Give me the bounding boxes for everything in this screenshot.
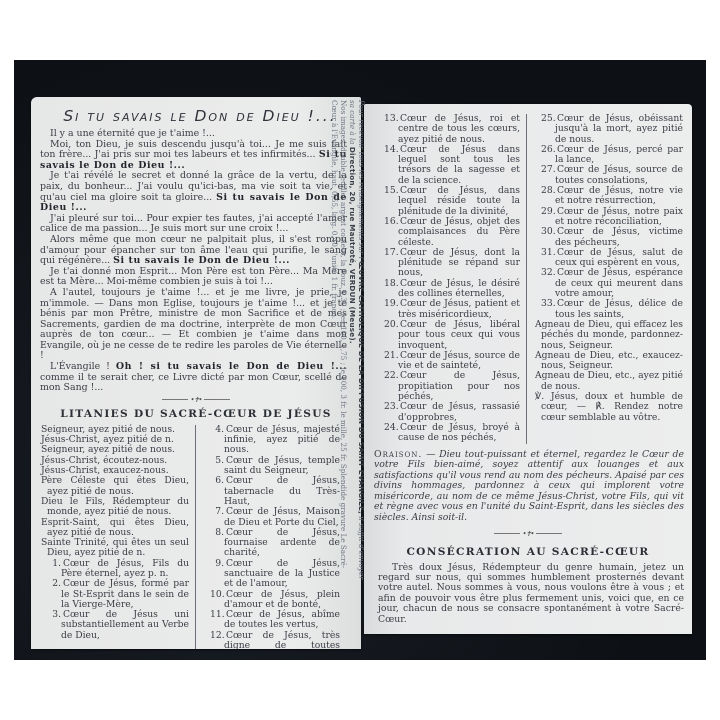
litanies-columns: Seigneur, ayez pitié de nous. Jésus-Chri… bbox=[39, 425, 355, 649]
refrain: Oh ! si tu savais le Don de Dieu !... bbox=[116, 361, 347, 372]
litanies-column-3: 13.Cœur de Jésus, roi et centre de tous … bbox=[376, 114, 520, 444]
item-text: Cœur de Jésus, salut de ceux qui espèren… bbox=[555, 247, 683, 268]
litany-item: 19.Cœur de Jésus, patient et très miséri… bbox=[376, 299, 520, 320]
spine-italic: sa carte à la bbox=[348, 100, 357, 147]
litany-item: 22.Cœur de Jésus, propitiation pour nos … bbox=[376, 371, 520, 402]
litany-item: 20.Cœur de Jésus, libéral pour tous ceux… bbox=[376, 320, 520, 351]
litany-item: 15.Cœur de Jésus, dans lequel réside tou… bbox=[376, 186, 520, 217]
litany-item: 30.Cœur de Jésus, victime des pécheurs, bbox=[533, 227, 683, 248]
litanies-heading: LITANIES DU SACRÉ-CŒUR DE JÉSUS bbox=[31, 408, 361, 420]
item-text: Cœur de Jésus, majesté infinie, ayez pit… bbox=[224, 424, 340, 456]
ornament-divider: •✝• bbox=[364, 530, 692, 538]
prose-block: Il y a une éternité que je t'aime !... M… bbox=[40, 129, 347, 394]
column-rule bbox=[195, 425, 196, 649]
ornament-divider: •✝• bbox=[31, 396, 361, 404]
litany-item: 25.Cœur de Jésus, obéissant jusqu'à la m… bbox=[533, 114, 683, 145]
paragraph: L'Évangile ! Oh ! si tu savais le Don de… bbox=[40, 362, 347, 394]
paragraph-text: Moi, ton Dieu, je suis descendu jusqu'à … bbox=[40, 139, 347, 161]
agnus-dei-line: Agneau de Dieu, qui effacez les péchés d… bbox=[533, 320, 683, 351]
item-text: Cœur de Jésus, Maison de Dieu et Porte d… bbox=[224, 506, 340, 527]
item-text: Cœur de Jésus, formé par le St-Esprit da… bbox=[61, 578, 189, 610]
item-text: Cœur de Jésus, fournaise ardente de char… bbox=[224, 527, 340, 559]
item-text: Cœur de Jésus, obéissant jusqu'à la mort… bbox=[555, 113, 683, 145]
paragraph: Alors même que mon cœur ne palpitait plu… bbox=[40, 235, 347, 267]
consecration-heading: CONSÉCRATION AU SACRÉ-CŒUR bbox=[364, 546, 692, 558]
page-title: Si tu savais le Don de Dieu !... bbox=[39, 107, 361, 125]
litany-item: 12.Cœur de Jésus, très digne de toutes l… bbox=[202, 631, 340, 649]
litany-item: 17.Cœur de Jésus, dont la plénitude se r… bbox=[376, 248, 520, 279]
spine-text: Pour recevoir tous les renseignements su… bbox=[330, 100, 366, 645]
cross-ornament-icon: •✝• bbox=[190, 396, 201, 404]
litany-item: 24.Cœur de Jésus, broyé à cause de nos p… bbox=[376, 423, 520, 444]
paragraph: Je t'ai révélé le secret et donné la grâ… bbox=[40, 171, 347, 213]
litany-item: 2.Cœur de Jésus, formé par le St-Esprit … bbox=[39, 579, 189, 610]
paragraph-text: Il y a une éternité que je t'aime !... bbox=[50, 128, 215, 139]
item-text: Cœur de Jésus, source de toutes consolat… bbox=[555, 164, 683, 185]
item-text: Cœur de Jésus uni substantiellement au V… bbox=[61, 609, 189, 641]
item-text: Cœur de Jésus, propitiation pour nos péc… bbox=[398, 370, 520, 402]
item-text: Cœur de Jésus, victime des pécheurs, bbox=[555, 226, 683, 247]
paragraph-text: comme il te serait cher, ce Livre dicté … bbox=[40, 372, 347, 394]
item-text: Cœur de Jésus dans lequel sont tous les … bbox=[398, 144, 520, 186]
oraison-label: Oraison. bbox=[374, 449, 422, 460]
paragraph: Je t'ai donné mon Esprit... Mon Père est… bbox=[40, 267, 347, 288]
spine-vertical-notice: Pour recevoir tous les renseignements su… bbox=[340, 100, 366, 645]
item-text: Cœur de Jésus, percé par la lance, bbox=[555, 144, 683, 165]
litany-item: 10.Cœur de Jésus, plein d'amour et de bo… bbox=[202, 590, 340, 611]
invocation: Père Céleste qui êtes Dieu, ayez pitié d… bbox=[39, 476, 189, 497]
spine-line-3: Nos images, double feuillet argent coule… bbox=[339, 100, 348, 645]
item-text: Cœur de Jésus, objet des complaisances d… bbox=[398, 216, 520, 248]
item-text: Cœur de Jésus, rassasié d'opprobres, bbox=[398, 401, 520, 422]
litany-item: 8.Cœur de Jésus, fournaise ardente de ch… bbox=[202, 528, 340, 559]
item-text: Cœur de Jésus, libéral pour tous ceux qu… bbox=[398, 319, 520, 351]
litany-item: 29.Cœur de Jésus, notre paix et notre ré… bbox=[533, 207, 683, 228]
litany-item: 18.Cœur de Jésus, le désiré des collines… bbox=[376, 279, 520, 300]
column-rule bbox=[526, 114, 527, 444]
item-text: Cœur de Jésus, délice de tous les saints… bbox=[555, 298, 683, 319]
item-text: Cœur de Jésus, patient et très miséricor… bbox=[398, 298, 520, 319]
litany-item: 28.Cœur de Jésus, notre vie et notre rés… bbox=[533, 186, 683, 207]
paragraph-text: A l'autel, toujours je t'aime !... et je… bbox=[40, 287, 347, 362]
litany-item: 23.Cœur de Jésus, rassasié d'opprobres, bbox=[376, 402, 520, 423]
invocation: Esprit-Saint, qui êtes Dieu, ayez pitié … bbox=[39, 518, 189, 539]
item-text: Cœur de Jésus, tabernacle du Très-Haut, bbox=[224, 475, 340, 507]
consecration-prayer: Très doux Jésus, Rédempteur du genre hum… bbox=[378, 563, 684, 625]
paragraph-text: L'Évangile ! bbox=[50, 361, 116, 372]
oraison-text: — Dieu tout-puissant et éternel, regarde… bbox=[374, 449, 684, 524]
paragraph: J'ai pleuré sur toi... Pour expier tes f… bbox=[40, 214, 347, 235]
litany-item: 31.Cœur de Jésus, salut de ceux qui espè… bbox=[533, 248, 683, 269]
item-text: Cœur de Jésus, roi et centre de tous les… bbox=[398, 113, 520, 145]
litany-item: 1.Cœur de Jésus, Fils du Père éternel, a… bbox=[39, 559, 189, 580]
litany-item: 32.Cœur de Jésus, espérance de ceux qui … bbox=[533, 268, 683, 299]
litany-item: 6.Cœur de Jésus, tabernacle du Très-Haut… bbox=[202, 476, 340, 507]
litany-item: 13.Cœur de Jésus, roi et centre de tous … bbox=[376, 114, 520, 145]
oraison-prayer: Oraison. — Dieu tout-puissant et éternel… bbox=[374, 450, 684, 524]
item-text: Cœur de Jésus, sanctuaire de la Justice … bbox=[224, 558, 340, 590]
cross-ornament-icon: •✝• bbox=[522, 530, 533, 538]
litanies-column-4: 25.Cœur de Jésus, obéissant jusqu'à la m… bbox=[533, 114, 683, 444]
item-text: Cœur de Jésus, abîme de toutes les vertu… bbox=[224, 609, 340, 630]
item-text: Cœur de Jésus, broyé à cause de nos péch… bbox=[398, 422, 520, 443]
item-text: Cœur de Jésus, notre paix et notre récon… bbox=[555, 206, 683, 227]
versicle-response: ℣. Jésus, doux et humble de cœur, — ℟. R… bbox=[533, 392, 683, 423]
litany-item: 11.Cœur de Jésus, abîme de toutes les ve… bbox=[202, 610, 340, 631]
left-page: Si tu savais le Don de Dieu !... Il y a … bbox=[31, 97, 361, 649]
litany-item: 5.Cœur de Jésus, temple saint du Seigneu… bbox=[202, 456, 340, 477]
paragraph-text: Je t'ai donné mon Esprit... Mon Père est… bbox=[40, 266, 347, 288]
paragraph: A l'autel, toujours je t'aime !... et je… bbox=[40, 288, 347, 362]
litany-item: 3.Cœur de Jésus uni substantiellement au… bbox=[39, 610, 189, 641]
item-text: Cœur de Jésus, le désiré des collines ét… bbox=[398, 278, 520, 299]
item-text: Cœur de Jésus, plein d'amour et de bonté… bbox=[224, 589, 340, 610]
consecration-text: Très doux Jésus, Rédempteur du genre hum… bbox=[378, 563, 684, 625]
spine-bold: Direction, 20, rue Mautroté, VERDUN (Meu… bbox=[348, 147, 357, 344]
spine-line-4: Cœur à l'Evangile, haut. 0,55, larg. 0,4… bbox=[330, 100, 339, 645]
litanies-column-2: 4.Cœur de Jésus, majesté infinie, ayez p… bbox=[202, 425, 340, 649]
item-text: Cœur de Jésus, temple saint du Seigneur, bbox=[224, 455, 340, 476]
spine-line-2: sa carte à la Direction, 20, rue Mautrot… bbox=[348, 100, 357, 645]
invocation: Dieu le Fils, Rédempteur du monde, ayez … bbox=[39, 497, 189, 518]
litany-item: 7.Cœur de Jésus, Maison de Dieu et Porte… bbox=[202, 507, 340, 528]
litany-item: 27.Cœur de Jésus, source de toutes conso… bbox=[533, 165, 683, 186]
paragraph: Moi, ton Dieu, je suis descendu jusqu'à … bbox=[40, 140, 347, 172]
litany-item: 9.Cœur de Jésus, sanctuaire de la Justic… bbox=[202, 559, 340, 590]
item-text: Cœur de Jésus, dont la plénitude se répa… bbox=[398, 247, 520, 279]
agnus-dei-line: Agneau de Dieu, etc., ayez pitié de nous… bbox=[533, 371, 683, 392]
litany-item: 33.Cœur de Jésus, délice de tous les sai… bbox=[533, 299, 683, 320]
litany-item: 26.Cœur de Jésus, percé par la lance, bbox=[533, 145, 683, 166]
paragraph-text: J'ai pleuré sur toi... Pour expier tes f… bbox=[40, 213, 347, 235]
right-page: 13.Cœur de Jésus, roi et centre de tous … bbox=[364, 104, 692, 634]
item-text: Cœur de Jésus, notre vie et notre résurr… bbox=[555, 185, 683, 206]
invocation: Sainte Trinité, qui êtes un seul Dieu, a… bbox=[39, 538, 189, 559]
item-text: Cœur de Jésus, Fils du Père éternel, aye… bbox=[61, 558, 189, 579]
item-text: Cœur de Jésus, dans lequel réside toute … bbox=[398, 185, 520, 217]
agnus-dei-line: Agneau de Dieu, etc., exaucez-nous, Seig… bbox=[533, 351, 683, 372]
litanies-columns-right: 13.Cœur de Jésus, roi et centre de tous … bbox=[376, 114, 686, 444]
item-text: Cœur de Jésus, source de vie et de saint… bbox=[398, 350, 520, 371]
litany-item: 16.Cœur de Jésus, objet des complaisance… bbox=[376, 217, 520, 248]
litany-item: 14.Cœur de Jésus dans lequel sont tous l… bbox=[376, 145, 520, 186]
litanies-column-1: Seigneur, ayez pitié de nous. Jésus-Chri… bbox=[39, 425, 189, 649]
item-text: Cœur de Jésus, espérance de ceux qui meu… bbox=[555, 267, 683, 299]
litany-item: 21.Cœur de Jésus, source de vie et de sa… bbox=[376, 351, 520, 372]
refrain: Si tu savais le Don de Dieu !... bbox=[113, 255, 290, 266]
litany-item: 4.Cœur de Jésus, majesté infinie, ayez p… bbox=[202, 425, 340, 456]
item-text: Cœur de Jésus, très digne de toutes loua… bbox=[224, 630, 340, 649]
